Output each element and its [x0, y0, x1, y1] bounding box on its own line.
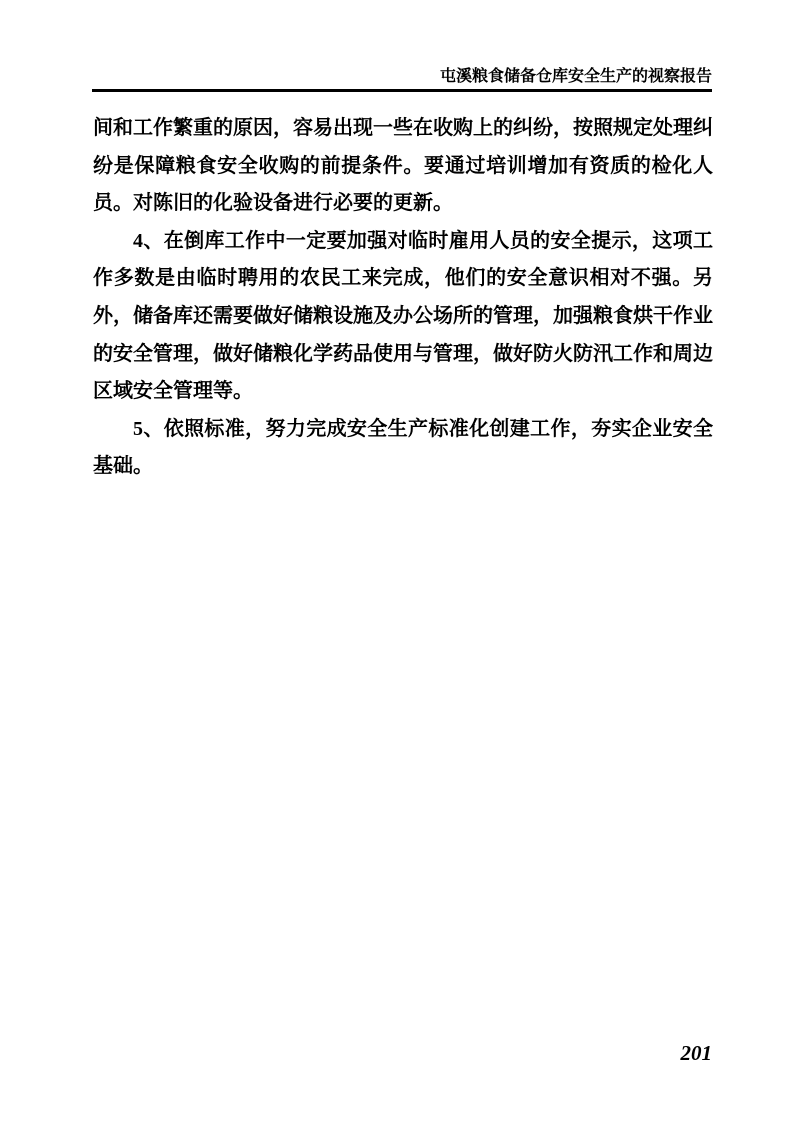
header-rule — [92, 89, 712, 92]
document-page: 屯溪粮食储备仓库安全生产的视察报告 间和工作繁重的原因，容易出现一些在收购上的纠… — [0, 0, 803, 1133]
document-body: 间和工作繁重的原因，容易出现一些在收购上的纠纷，按照规定处理纠纷是保障粮食安全收… — [93, 110, 713, 486]
paragraph-item-4: 4、在倒库工作中一定要加强对临时雇用人员的安全提示，这项工作多数是由临时聘用的农… — [93, 223, 713, 411]
paragraph-item-5: 5、依照标准，努力完成安全生产标准化创建工作，夯实企业安全基础。 — [93, 411, 713, 486]
page-number: 201 — [92, 1041, 712, 1066]
paragraph-continuation: 间和工作繁重的原因，容易出现一些在收购上的纠纷，按照规定处理纠纷是保障粮食安全收… — [93, 110, 713, 223]
page-header-title: 屯溪粮食储备仓库安全生产的视察报告 — [92, 63, 712, 86]
